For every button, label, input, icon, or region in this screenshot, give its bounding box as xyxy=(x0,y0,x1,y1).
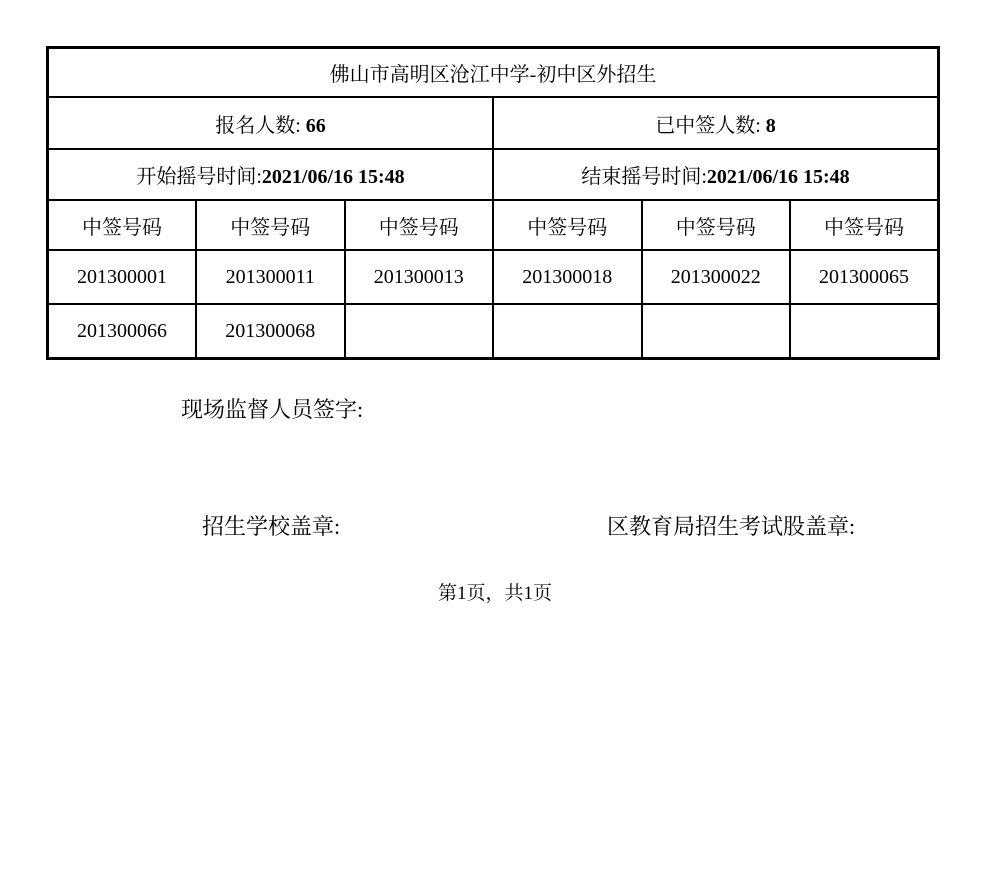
title-row: 佛山市高明区沧江中学-初中区外招生 xyxy=(48,48,939,98)
applicants-cell: 报名人数: 66 xyxy=(48,97,494,149)
winning-number-cell: 201300018 xyxy=(493,250,642,304)
stats-row: 报名人数: 66 已中签人数: 8 xyxy=(48,97,939,149)
applicants-label: 报名人数: xyxy=(215,115,301,137)
winning-number-header-cell: 中签号码 xyxy=(790,200,939,250)
winners-label: 已中签人数: xyxy=(655,115,761,137)
winners-value: 8 xyxy=(766,115,776,137)
winning-number-cell xyxy=(790,304,939,359)
report-title: 佛山市高明区沧江中学-初中区外招生 xyxy=(48,48,939,98)
applicants-value: 66 xyxy=(306,115,326,137)
end-time-label: 结束摇号时间: xyxy=(581,166,707,188)
start-time-label: 开始摇号时间: xyxy=(136,166,262,188)
winning-number-cell: 201300065 xyxy=(790,250,939,304)
winning-number-header-cell: 中签号码 xyxy=(493,200,642,250)
winning-number-row: 201300001 201300011 201300013 201300018 … xyxy=(48,250,939,304)
winning-number-cell: 201300068 xyxy=(196,304,345,359)
page-indicator: 第1页，共1页 xyxy=(438,582,552,606)
winning-number-cell: 201300022 xyxy=(642,250,791,304)
winners-cell: 已中签人数: 8 xyxy=(493,97,939,149)
start-time-cell: 开始摇号时间:2021/06/16 15:48 xyxy=(48,149,494,200)
school-stamp-label: 招生学校盖章: xyxy=(202,514,340,540)
report-page: 佛山市高明区沧江中学-初中区外招生 报名人数: 66 已中签人数: 8 开始摇号… xyxy=(0,0,986,874)
winning-number-header-cell: 中签号码 xyxy=(196,200,345,250)
end-time-value: 2021/06/16 15:48 xyxy=(707,166,850,188)
winning-number-cell: 201300066 xyxy=(48,304,197,359)
winning-number-header-cell: 中签号码 xyxy=(345,200,494,250)
winning-number-row: 201300066 201300068 xyxy=(48,304,939,359)
winning-number-cell: 201300013 xyxy=(345,250,494,304)
winning-number-header-cell: 中签号码 xyxy=(642,200,791,250)
bureau-stamp-label: 区教育局招生考试股盖章: xyxy=(607,514,855,540)
winning-number-cell: 201300001 xyxy=(48,250,197,304)
winning-number-cell: 201300011 xyxy=(196,250,345,304)
lottery-result-table: 佛山市高明区沧江中学-初中区外招生 报名人数: 66 已中签人数: 8 开始摇号… xyxy=(46,46,940,360)
winning-number-cell xyxy=(642,304,791,359)
times-row: 开始摇号时间:2021/06/16 15:48 结束摇号时间:2021/06/1… xyxy=(48,149,939,200)
winning-number-header-row: 中签号码 中签号码 中签号码 中签号码 中签号码 中签号码 xyxy=(48,200,939,250)
start-time-value: 2021/06/16 15:48 xyxy=(262,166,405,188)
winning-number-cell xyxy=(345,304,494,359)
end-time-cell: 结束摇号时间:2021/06/16 15:48 xyxy=(493,149,939,200)
supervisor-signature-label: 现场监督人员签字: xyxy=(181,397,363,423)
winning-number-cell xyxy=(493,304,642,359)
winning-number-header-cell: 中签号码 xyxy=(48,200,197,250)
